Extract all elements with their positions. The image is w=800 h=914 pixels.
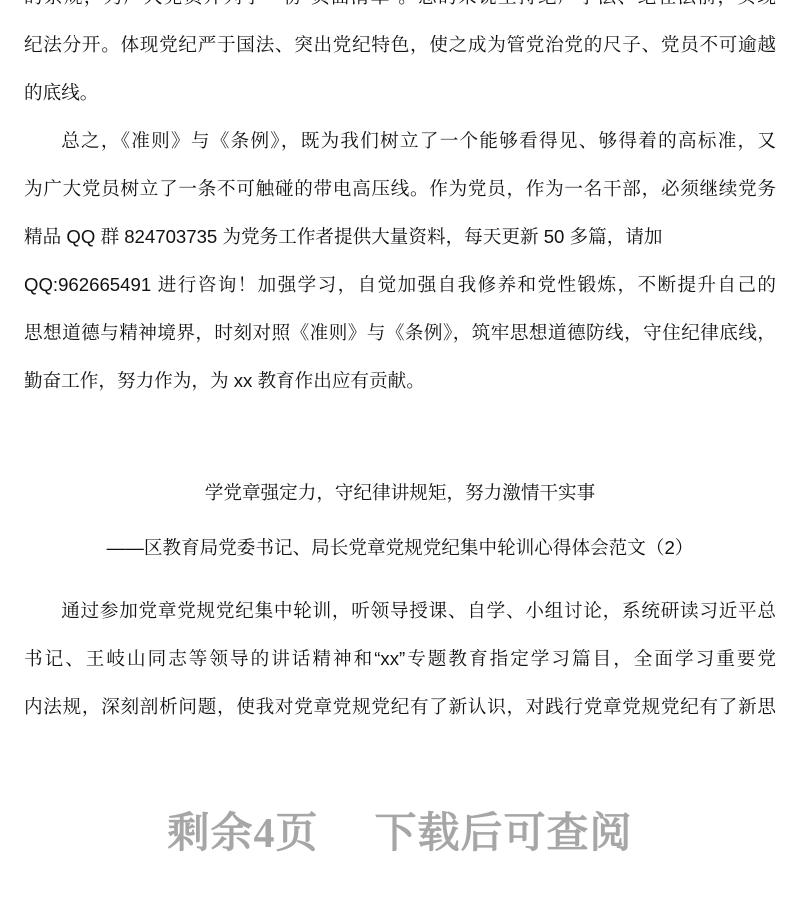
text-line: 总之，《准则》与《条例》，既为我们树立了一个能够看得见、够得着的高标准，又 xyxy=(24,117,776,165)
text-line: 内法规，深刻剖析问题，使我对党章党规党纪有了新认识，对践行党章党规党纪有了新思 xyxy=(24,683,776,731)
download-hint-label: 下载后可查阅 xyxy=(375,806,633,862)
text-line: 为广大党员树立了一条不可触碰的带电高压线。作为党员，作为一名干部，必须继续党务 xyxy=(24,165,776,213)
download-hint-banner: 剩余4页 下载后可查阅 xyxy=(24,806,776,862)
text-line: 精品 QQ 群 824703735 为党务工作者提供大量资料，每天更新 50 多… xyxy=(24,213,776,261)
text-line: 的底线。 xyxy=(24,69,776,117)
paragraph-clipped: 的条规，为广大党员开列了一份“负面清单”。总的来说坚持纪严于法、纪在法前，实现 … xyxy=(24,0,776,117)
pages-remaining-label: 剩余4页 xyxy=(167,806,318,862)
document-page: 的条规，为广大党员开列了一份“负面清单”。总的来说坚持纪严于法、纪在法前，实现 … xyxy=(0,0,800,862)
text-line: 勤奋工作，努力作为，为 xx 教育作出应有贡献。 xyxy=(24,357,776,405)
text-line: 纪法分开。体现党纪严于国法、突出党纪特色，使之成为管党治党的尺子、党员不可逾越 xyxy=(24,21,776,69)
text-line: 思想道德与精神境界，时刻对照《准则》与《条例》，筑牢思想道德防线，守住纪律底线， xyxy=(24,309,776,357)
essay-subtitle: ——区教育局党委书记、局长党章党规党纪集中轮训心得体会范文（2） xyxy=(24,524,776,572)
text-line: QQ:962665491 进行咨询！加强学习，自觉加强自我修养和党性锻炼，不断提… xyxy=(24,261,776,309)
paragraph-experience: 通过参加党章党规党纪集中轮训，听领导授课、自学、小组讨论，系统研读习近平总 书记… xyxy=(24,587,776,731)
text-line: 书记、王岐山同志等领导的讲话精神和“xx”专题教育指定学习篇目，全面学习重要党 xyxy=(24,635,776,683)
text-line-clipped: 的条规，为广大党员开列了一份“负面清单”。总的来说坚持纪严于法、纪在法前，实现 xyxy=(24,0,776,21)
paragraph-summary: 总之，《准则》与《条例》，既为我们树立了一个能够看得见、够得着的高标准，又 为广… xyxy=(24,117,776,405)
text-line: 通过参加党章党规党纪集中轮训，听领导授课、自学、小组讨论，系统研读习近平总 xyxy=(24,587,776,635)
essay-title: 学党章强定力，守纪律讲规矩，努力激情干实事 xyxy=(24,469,776,517)
